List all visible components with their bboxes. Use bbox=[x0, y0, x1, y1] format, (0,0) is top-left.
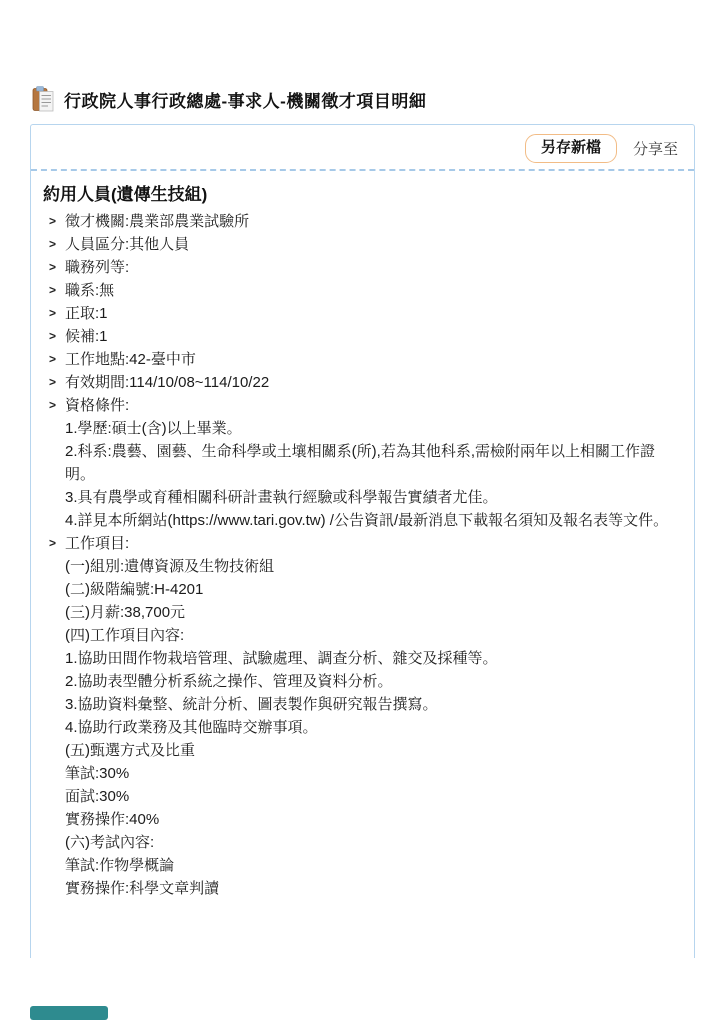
footer-bar bbox=[30, 1006, 108, 1020]
job-field-item: > 工作項目: (一)組別:遺傳資源及生物技術組(二)級階編號:H-4201(三… bbox=[43, 532, 682, 900]
field-subline: 筆試:30% bbox=[65, 762, 682, 785]
field-text-block: 正取:1 bbox=[65, 302, 682, 325]
field-text-block: 人員區分:其他人員 bbox=[65, 233, 682, 256]
field-subline: (一)組別:遺傳資源及生物技術組 bbox=[65, 555, 682, 578]
job-fields-list: > 徵才機關:農業部農業試驗所 > 人員區分:其他人員 > 職務列等: > 職系… bbox=[43, 210, 682, 900]
job-field-item: > 職系:無 bbox=[43, 279, 682, 302]
field-text-block: 候補:1 bbox=[65, 325, 682, 348]
field-subline: 4.詳見本所網站(https://www.tari.gov.tw) /公告資訊/… bbox=[65, 509, 682, 532]
field-subline: (三)月薪:38,700元 bbox=[65, 601, 682, 624]
item-marker: > bbox=[43, 233, 65, 256]
item-marker: > bbox=[43, 394, 65, 532]
field-text: 正取:1 bbox=[65, 302, 682, 325]
item-marker: > bbox=[43, 279, 65, 302]
field-subline: 1.協助田間作物栽培管理、試驗處理、調查分析、雜交及採種等。 bbox=[65, 647, 682, 670]
job-heading: 約用人員(遺傳生技組) bbox=[43, 180, 682, 205]
field-text-block: 職務列等: bbox=[65, 256, 682, 279]
item-marker: > bbox=[43, 532, 65, 900]
job-field-item: > 候補:1 bbox=[43, 325, 682, 348]
item-marker: > bbox=[43, 325, 65, 348]
field-subline: 3.具有農學或育種相關科研計畫執行經驗或科學報告實績者尤佳。 bbox=[65, 486, 682, 509]
field-subline: 實務操作:40% bbox=[65, 808, 682, 831]
page-title: 行政院人事行政總處-事求人-機關徵才項目明細 bbox=[64, 87, 426, 112]
share-link[interactable]: 分享至 bbox=[633, 138, 678, 159]
item-marker: > bbox=[43, 302, 65, 325]
field-text: 工作項目: bbox=[65, 532, 682, 555]
field-text-block: 工作項目: (一)組別:遺傳資源及生物技術組(二)級階編號:H-4201(三)月… bbox=[65, 532, 682, 900]
field-text: 工作地點:42-臺中市 bbox=[65, 348, 682, 371]
save-as-button[interactable]: 另存新檔 bbox=[525, 134, 617, 163]
field-subline: (六)考試內容: bbox=[65, 831, 682, 854]
field-subline: 2.協助表型體分析系統之操作、管理及資料分析。 bbox=[65, 670, 682, 693]
page-header: 行政院人事行政總處-事求人-機關徵才項目明細 bbox=[32, 86, 426, 113]
field-subline: 4.協助行政業務及其他臨時交辦事項。 bbox=[65, 716, 682, 739]
field-subline: (二)級階編號:H-4201 bbox=[65, 578, 682, 601]
job-field-item: > 職務列等: bbox=[43, 256, 682, 279]
field-subline: 筆試:作物學概論 bbox=[65, 854, 682, 877]
field-text: 徵才機關:農業部農業試驗所 bbox=[65, 210, 682, 233]
field-subline: 2.科系:農藝、園藝、生命科學或土壤相關系(所),若為其他科系,需檢附兩年以上相… bbox=[65, 440, 682, 486]
field-text: 人員區分:其他人員 bbox=[65, 233, 682, 256]
field-subline: 3.協助資料彙整、統計分析、圖表製作與研究報告撰寫。 bbox=[65, 693, 682, 716]
field-text-block: 徵才機關:農業部農業試驗所 bbox=[65, 210, 682, 233]
job-field-item: > 工作地點:42-臺中市 bbox=[43, 348, 682, 371]
item-marker: > bbox=[43, 371, 65, 394]
field-text-block: 資格條件: 1.學歷:碩士(含)以上畢業。2.科系:農藝、園藝、生命科學或土壤相… bbox=[65, 394, 682, 532]
job-field-item: > 有效期間:114/10/08~114/10/22 bbox=[43, 371, 682, 394]
dashed-divider bbox=[31, 169, 694, 171]
item-marker: > bbox=[43, 256, 65, 279]
field-text: 候補:1 bbox=[65, 325, 682, 348]
job-field-item: > 人員區分:其他人員 bbox=[43, 233, 682, 256]
field-text: 職務列等: bbox=[65, 256, 682, 279]
job-field-item: > 正取:1 bbox=[43, 302, 682, 325]
item-marker: > bbox=[43, 210, 65, 233]
clipboard-icon bbox=[32, 86, 55, 113]
item-marker: > bbox=[43, 348, 65, 371]
field-subline: (四)工作項目內容: bbox=[65, 624, 682, 647]
job-detail-panel: 另存新檔 分享至 約用人員(遺傳生技組) > 徵才機關:農業部農業試驗所 > 人… bbox=[30, 124, 695, 958]
field-subline: 1.學歷:碩士(含)以上畢業。 bbox=[65, 417, 682, 440]
field-subline: 實務操作:科學文章判讀 bbox=[65, 877, 682, 900]
field-text-block: 工作地點:42-臺中市 bbox=[65, 348, 682, 371]
field-text: 有效期間:114/10/08~114/10/22 bbox=[65, 371, 682, 394]
field-subline: (五)甄選方式及比重 bbox=[65, 739, 682, 762]
job-field-item: > 徵才機關:農業部農業試驗所 bbox=[43, 210, 682, 233]
field-text: 職系:無 bbox=[65, 279, 682, 302]
field-text-block: 職系:無 bbox=[65, 279, 682, 302]
toolbar: 另存新檔 分享至 bbox=[43, 133, 682, 163]
job-field-item: > 資格條件: 1.學歷:碩士(含)以上畢業。2.科系:農藝、園藝、生命科學或土… bbox=[43, 394, 682, 532]
field-text-block: 有效期間:114/10/08~114/10/22 bbox=[65, 371, 682, 394]
field-text: 資格條件: bbox=[65, 394, 682, 417]
field-subline: 面試:30% bbox=[65, 785, 682, 808]
